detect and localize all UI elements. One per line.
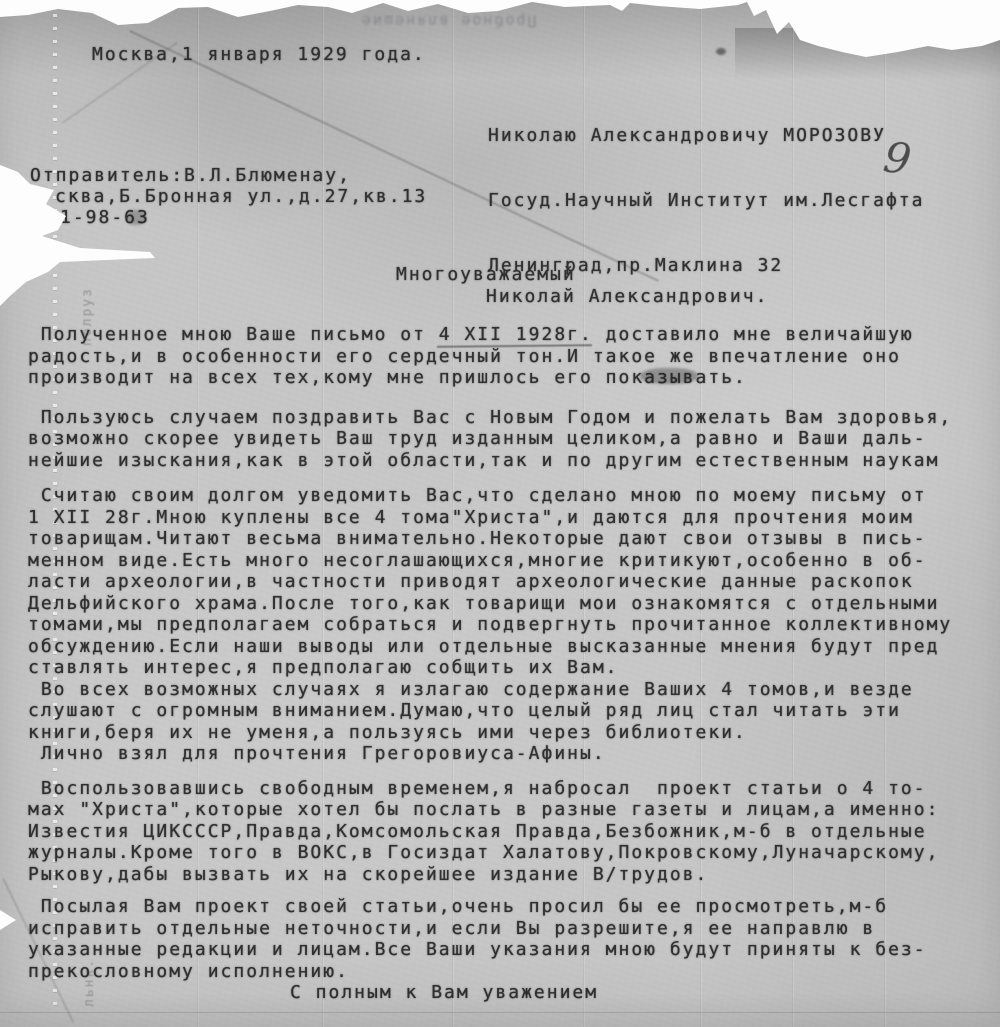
paragraph-3: Считаю своим долгом уведомить Вас,что сд… <box>28 485 994 679</box>
recipient-name: Николаю Александровичу МОРОЗОВУ <box>488 125 924 147</box>
ink-spot <box>716 48 726 55</box>
text-line: ставлять интерес,я предполагаю собщить и… <box>28 657 994 679</box>
text-line: томами,мы предполагаем собраться и подве… <box>28 614 994 636</box>
text-line: Рыкову,дабы вызвать их на скорейшее изда… <box>28 864 994 886</box>
text-line: исправить отдельные неточности,и если Вы… <box>28 918 994 940</box>
overtype-smudge <box>640 368 698 384</box>
paragraph-2: Пользуюсь случаем поздравить Вас с Новым… <box>28 407 994 472</box>
letter-body: Полученное мною Ваше письмо от 4 XII 192… <box>28 324 994 982</box>
text-line: слушают с огромным вниманием.Думаю,что ц… <box>28 700 994 722</box>
paragraph-4: Во всех возможных случаях я излагаю соде… <box>28 679 994 765</box>
text-line: Известия ЦИКСССР,Правда,Комсомольская Пр… <box>28 821 994 843</box>
text-line: мах "Христа",которые хотел бы послать в … <box>28 799 994 821</box>
overtype-smudge <box>126 210 146 225</box>
text-line: прекословному исполнению. <box>28 961 994 983</box>
text-line: Дельфийского храма.После того,как товари… <box>28 593 994 615</box>
text-line: менном виде.Есть много несоглашающихся,м… <box>28 550 994 572</box>
text-line: радость,и в особенности его сердечный то… <box>28 346 994 368</box>
text-line: 1 XII 28г.Мною куплены все 4 тома"Христа… <box>28 507 994 529</box>
salutation-line-2: Николай Александрович. <box>486 286 768 308</box>
text-line: журналы.Кроме того в ВОКС,в Госиздат Хал… <box>28 842 994 864</box>
text-line: Лично взял для прочтения Грегоровиуса-Аф… <box>28 743 994 765</box>
text-line: указанные редакции и лицам.Все Ваши указ… <box>28 939 994 961</box>
recipient-institute: Госуд.Научный Институт им.Лесгафта <box>488 190 924 212</box>
paragraph-1: Полученное мною Ваше письмо от 4 XII 192… <box>28 324 994 389</box>
text-line: товарищам.Читают весьма внимательно.Неко… <box>28 528 994 550</box>
bleedthrough-text: Пробное влянешие <box>360 12 537 30</box>
text-line: Во всех возможных случаях я излагаю соде… <box>28 679 994 701</box>
text-line: Посылая Вам проект своей статьи,очень пр… <box>28 896 994 918</box>
text-line: обсуждению.Если наши выводы или отдельны… <box>28 636 994 658</box>
date-line: Москва,1 января 1929 года. <box>92 44 426 66</box>
text-line: производит на всех тех,кому мне пришлось… <box>28 367 994 389</box>
sender-line: Отправитель:В.Л.Блюменау, <box>30 165 351 187</box>
text-line: Пользуюсь случаем поздравить Вас с Новым… <box>28 407 994 429</box>
paragraph-5: Воспользовавшись свободным временем,я на… <box>28 778 994 886</box>
bottom-crease <box>0 1012 1000 1013</box>
closing-line: С полным к Вам уважением <box>290 982 598 1004</box>
scanned-letter: Пробное влянешие полруз льнк. Москва,1 я… <box>0 0 1000 1027</box>
text-line: книги,беря их не уменя,а пользуясь ими ч… <box>28 722 994 744</box>
text-line: Полученное мною Ваше письмо от 4 XII 192… <box>28 324 994 346</box>
text-line: Воспользовавшись свободным временем,я на… <box>28 778 994 800</box>
text-line: возможно скорее увидеть Ваш труд изданны… <box>28 428 994 450</box>
sender-address: сква,Б.Бронная ул.,д.27,кв.13 <box>55 186 427 208</box>
text-line: ласти археологии,в частности приводят ар… <box>28 571 994 593</box>
paragraph-6: Посылая Вам проект своей статьи,очень пр… <box>28 896 994 982</box>
text-line: Считаю своим долгом уведомить Вас,что сд… <box>28 485 994 507</box>
text-line: нейшие изыскания,как в этой области,так … <box>28 450 994 472</box>
paper-sheet: Пробное влянешие полруз льнк. Москва,1 я… <box>0 0 1000 1027</box>
salutation-line-1: Многоуважаемый <box>396 264 576 286</box>
